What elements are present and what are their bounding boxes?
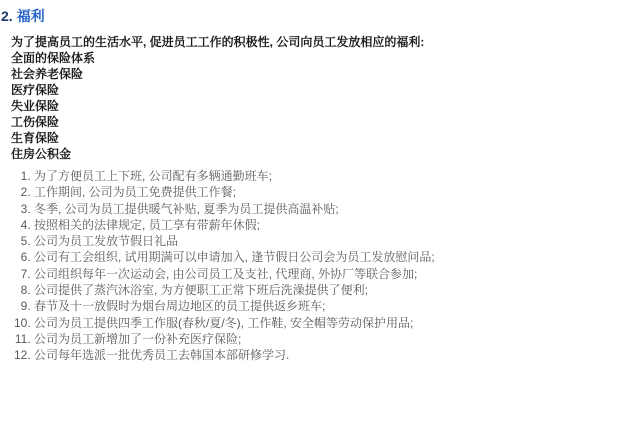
benefit-category: 生育保险: [11, 130, 643, 146]
benefits-section: 2.福利 为了提高员工的生活水平, 促进员工工作的积极性, 公司向员工发放相应的…: [0, 0, 643, 364]
list-item: 公司有工会组织, 试用期满可以申请加入, 逢节假日公司会为员工发放慰问品;: [34, 249, 643, 265]
list-item: 春节及十一放假时为烟台周边地区的员工提供返乡班车;: [34, 298, 643, 314]
list-item: 公司组织每年一次运动会, 由公司员工及支社, 代理商, 外协厂等联合参加;: [34, 266, 643, 282]
benefit-list: 为了方便员工上下班, 公司配有多辆通勤班车; 工作期间, 公司为员工免费提供工作…: [1, 168, 643, 364]
benefit-category: 医疗保险: [11, 82, 643, 98]
intro-text: 为了提高员工的生活水平, 促进员工工作的积极性, 公司向员工发放相应的福利:: [11, 34, 643, 50]
list-item: 公司每年选派一批优秀员工去韩国本部研修学习.: [34, 347, 643, 363]
list-item: 公司为员工提供四季工作服(春秋/夏/冬), 工作鞋, 安全帽等劳动保护用品;: [34, 315, 643, 331]
benefit-category: 全面的保险体系: [11, 50, 643, 66]
benefit-category: 失业保险: [11, 98, 643, 114]
benefit-category: 住房公积金: [11, 146, 643, 162]
list-item: 为了方便员工上下班, 公司配有多辆通勤班车;: [34, 168, 643, 184]
list-item: 工作期间, 公司为员工免费提供工作餐;: [34, 184, 643, 200]
benefit-category: 工伤保险: [11, 114, 643, 130]
benefit-category: 社会养老保险: [11, 66, 643, 82]
list-item: 冬季, 公司为员工提供暖气补贴, 夏季为员工提供高温补贴;: [34, 201, 643, 217]
list-item: 公司为员工发放节假日礼品: [34, 233, 643, 249]
list-item: 公司提供了蒸汽沐浴室, 为方便职工正常下班后洗澡提供了便利;: [34, 282, 643, 298]
section-number: 2.: [1, 8, 13, 24]
list-item: 公司为员工新增加了一份补充医疗保险;: [34, 331, 643, 347]
section-title: 福利: [17, 8, 45, 24]
section-heading: 2.福利: [1, 8, 643, 24]
list-item: 按照相关的法律规定, 员工享有带薪年休假;: [34, 217, 643, 233]
intro-block: 为了提高员工的生活水平, 促进员工工作的积极性, 公司向员工发放相应的福利: 全…: [11, 34, 643, 162]
